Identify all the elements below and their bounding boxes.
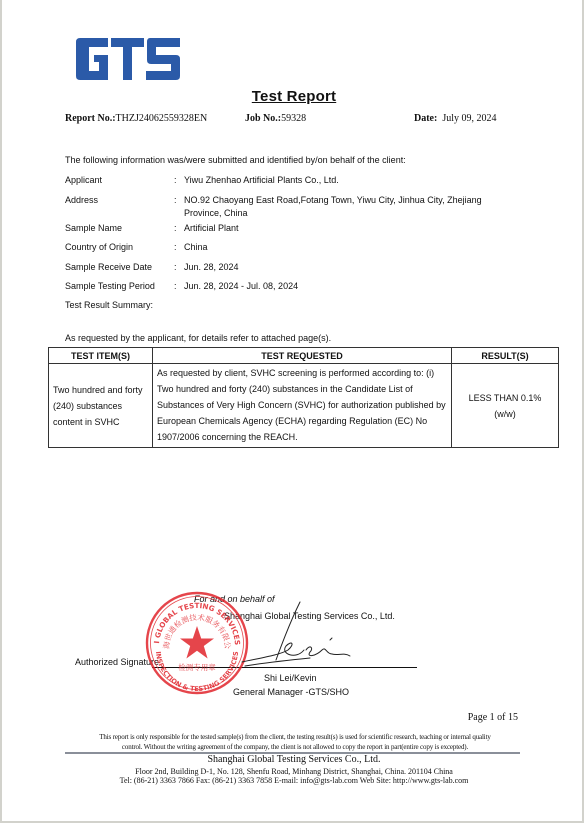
table-row: Two hundred and forty (240) substances c… (49, 364, 559, 448)
header-test-requested: TEST REQUESTED (153, 348, 452, 364)
job-number: Job No.:59328 (245, 113, 306, 124)
cell-test-requested: As requested by client, SVHC screening i… (153, 364, 452, 448)
intro-text: The following information was/were submi… (65, 155, 406, 165)
page-number: Page 1 of 15 (468, 712, 518, 723)
header-test-items: TEST ITEM(S) (49, 348, 153, 364)
request-note: As requested by the applicant, for detai… (65, 333, 331, 343)
footer-company-name: Shanghai Global Testing Services Co., Lt… (2, 754, 584, 765)
header-results: RESULT(S) (452, 348, 559, 364)
disclaimer: This report is only responsible for the … (60, 732, 530, 752)
footer-contact: Tel: (86-21) 3363 7866 Fax: (86-21) 3363… (2, 776, 584, 785)
table-header-row: TEST ITEM(S) TEST REQUESTED RESULT(S) (49, 348, 559, 364)
footer-address: Floor 2nd, Building D-1, No. 128, Shenfu… (2, 767, 584, 776)
page-title: Test Report (2, 88, 584, 105)
results-table: TEST ITEM(S) TEST REQUESTED RESULT(S) Tw… (48, 347, 559, 448)
svg-text:检测专用章: 检测专用章 (178, 662, 216, 672)
handwritten-signature (240, 600, 355, 670)
report-date: Date: July 09, 2024 (414, 113, 497, 124)
report-page: Test Report Report No.:THZJ24062559328EN… (0, 0, 584, 823)
signer-name: Shi Lei/Kevin (264, 673, 317, 683)
gts-logo (76, 38, 180, 80)
company-seal-stamp: SHANGHAI GLOBAL TESTING SERVICES CO., LT… (142, 588, 252, 698)
cell-result: LESS THAN 0.1% (w/w) (452, 364, 559, 448)
cell-test-item: Two hundred and forty (240) substances c… (49, 364, 153, 448)
report-number: Report No.:THZJ24062559328EN (65, 113, 207, 124)
